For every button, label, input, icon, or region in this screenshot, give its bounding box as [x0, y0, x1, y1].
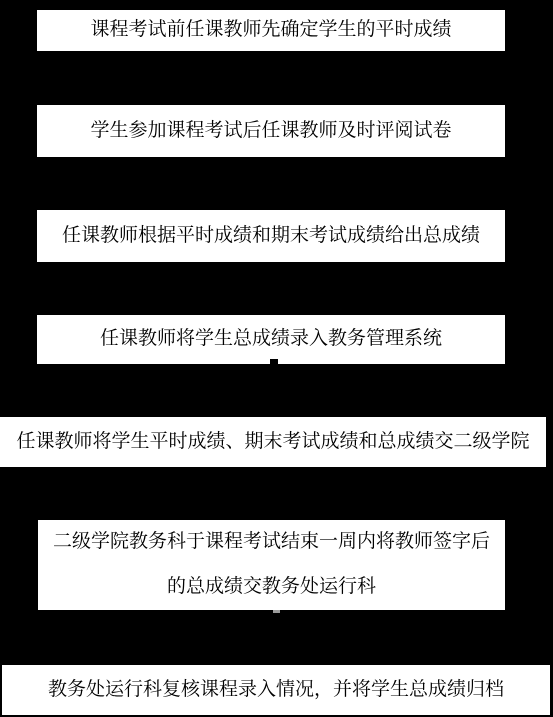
flow-step-label: 任课教师将学生平时成绩、期末考试成绩和总成绩交二级学院: [16, 431, 529, 454]
flow-step-compute-total-grade: 任课教师根据平时成绩和期末考试成绩给出总成绩: [37, 210, 505, 262]
flow-step-enter-grades-into-system: 任课教师将学生总成绩录入教务管理系统: [37, 315, 505, 364]
flow-step-determine-regular-grades: 课程考试前任课教师先确定学生的平时成绩: [37, 10, 505, 51]
flow-step-label: 任课教师根据平时成绩和期末考试成绩给出总成绩: [62, 225, 480, 248]
flow-step-label: 教务处运行科复核课程录入情况，并将学生总成绩归档: [48, 679, 504, 702]
flow-step-review-and-archive: 教务处运行科复核课程录入情况，并将学生总成绩归档: [2, 665, 550, 715]
flowchart-canvas: 课程考试前任课教师先确定学生的平时成绩 学生参加课程考试后任课教师及时评阅试卷 …: [0, 0, 553, 717]
arrow-connector-mark-icon: [273, 610, 280, 613]
flow-step-label-line1: 二级学院教务科于课程考试结束一周内将教师签字后: [53, 531, 490, 554]
flow-step-exam-and-grading: 学生参加课程考试后任课教师及时评阅试卷: [37, 105, 505, 157]
flow-step-college-submits-signed-grades: 二级学院教务科于课程考试结束一周内将教师签字后 的总成绩交教务处运行科: [38, 520, 505, 610]
flow-step-label: 课程考试前任课教师先确定学生的平时成绩: [90, 19, 451, 42]
arrow-connector-mark-icon: [270, 359, 278, 364]
flow-step-label-line2: 的总成绩交教务处运行科: [167, 576, 376, 599]
flow-step-label: 任课教师将学生总成绩录入教务管理系统: [100, 328, 442, 351]
flow-step-label: 学生参加课程考试后任课教师及时评阅试卷: [90, 120, 451, 143]
flow-step-submit-grades-to-college: 任课教师将学生平时成绩、期末考试成绩和总成绩交二级学院: [0, 417, 546, 467]
